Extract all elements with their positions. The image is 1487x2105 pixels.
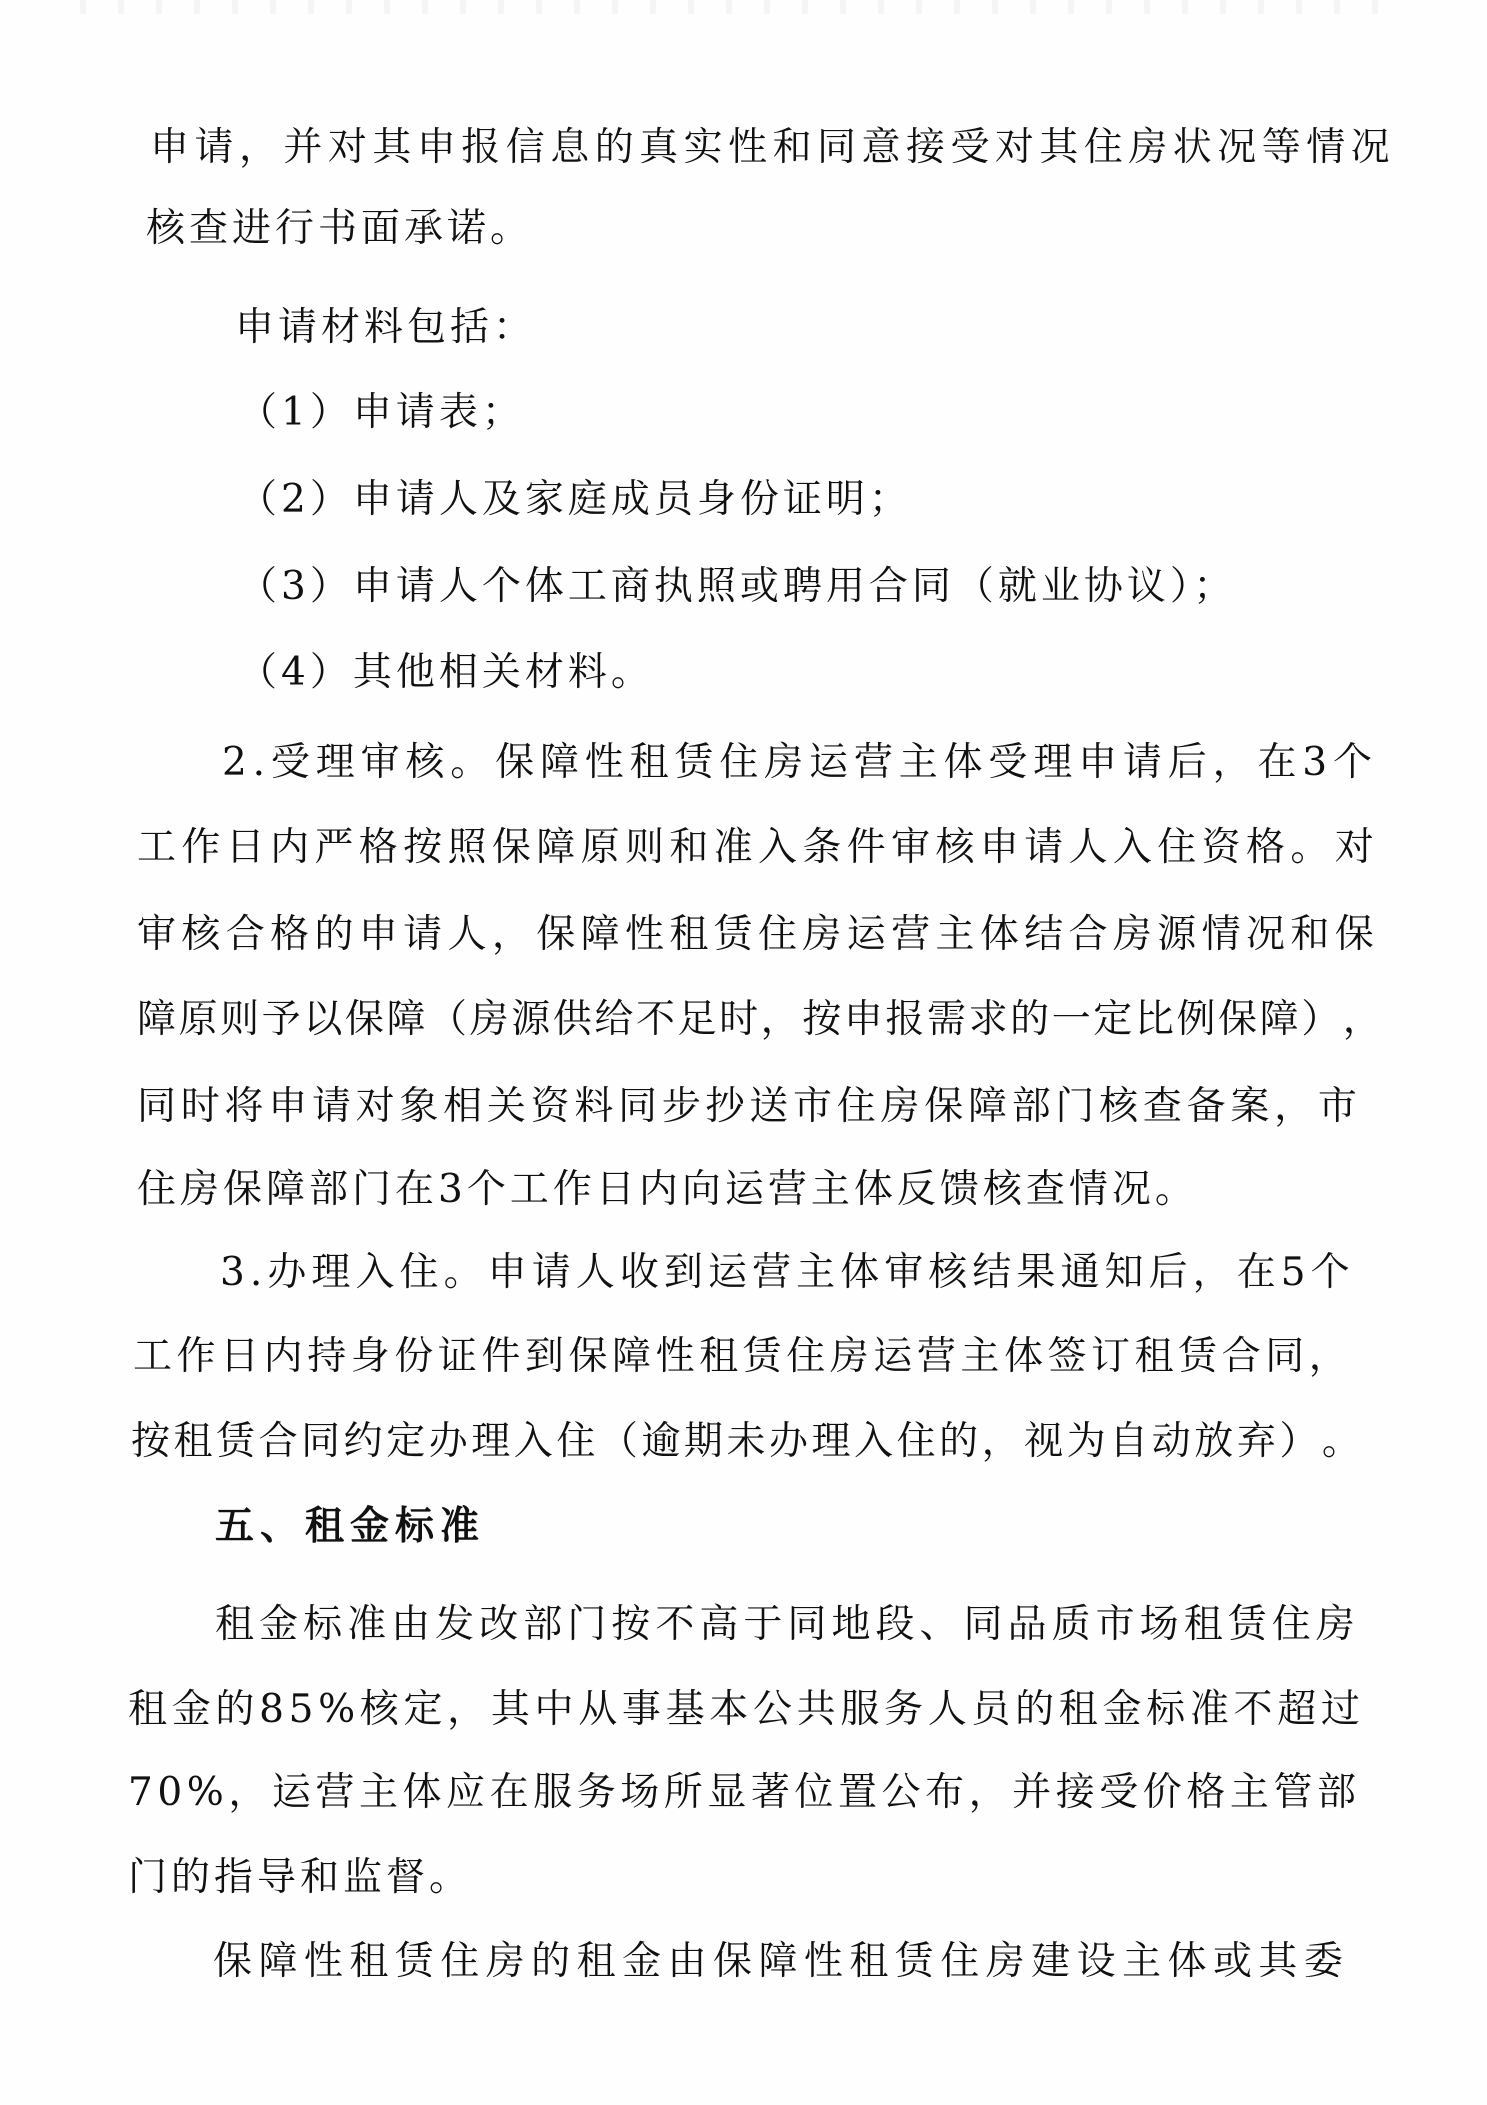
glyph: 在 [1237,1249,1276,1297]
glyph: 5 [289,1686,314,1734]
glyph: 金 [259,1601,298,1649]
glyph: 高 [699,1601,738,1649]
glyph: ， [969,1769,1008,1817]
glyph: ， [1309,1333,1348,1381]
glyph: 资 [1202,824,1241,872]
glyph: 放 [1194,1418,1233,1466]
glyph: 金 [1102,1686,1141,1734]
glyph: 对 [328,124,367,172]
glyph: 门 [1055,1083,1094,1131]
glyph: 自 [1109,1418,1148,1466]
glyph: 按 [131,1418,170,1466]
glyph: 保 [492,824,531,872]
glyph: 、 [920,1601,959,1649]
glyph: 发 [435,1601,474,1649]
glyph: 房 [880,1083,919,1131]
glyph: 运 [708,1249,747,1297]
glyph: 的 [595,124,634,172]
glyph: 受 [271,739,310,787]
glyph: 房 [764,739,803,787]
text-line: 保障性租赁住房的租金由保障性租赁住房建设主体或其委 [213,1938,1343,1986]
glyph: 过 [1321,1686,1360,1734]
glyph: 息 [550,124,589,172]
glyph: 到 [664,1249,703,1297]
glyph: 日 [226,824,265,872]
glyph: 条 [802,824,841,872]
glyph: 住 [556,1418,595,1466]
glyph: 意 [862,124,901,172]
glyph: 建 [1031,1938,1070,1986]
glyph: 同 [787,1601,826,1649]
glyph: 障 [258,1938,297,1986]
glyph: 对 [1335,824,1374,872]
glyph: 体 [1004,1333,1043,1381]
glyph: 运 [873,1333,912,1381]
glyph: 审 [891,824,930,872]
glyph: 后 [1149,1249,1188,1297]
glyph: 租 [174,1418,213,1466]
glyph: 住 [1084,124,1123,172]
glyph: 期 [684,1418,723,1466]
glyph: 以 [303,996,342,1044]
glyph: 的 [314,911,353,959]
glyph: 住 [758,911,797,959]
text-line: （2）申请人及家庭成员身份证明； [238,476,912,524]
text-line: 租金的85%核定，其中从事基本公共服务人员的租金标准不超过 [128,1686,1360,1734]
glyph: 设 [1077,1938,1116,1986]
text-line: （3）申请人个体工商执照或聘用合同（就业协议）； [238,563,1236,611]
glyph: 不 [636,996,675,1044]
glyph: 视 [1024,1418,1063,1466]
glyph: 赁 [1178,1333,1217,1381]
glyph: 住 [400,1249,439,1297]
glyph: 持 [307,1333,346,1381]
glyph: 住 [719,739,758,787]
glyph: 定 [386,1418,425,1466]
text-line: 同时将申请对象相关资料同步抄送市住房保障部门核查备案，市 [137,1083,1357,1131]
glyph: 基 [666,1686,705,1734]
glyph: ， [239,124,278,172]
glyph: 房 [1113,911,1152,959]
glyph: 保 [713,1938,752,1986]
glyph: 部 [1317,1769,1356,1817]
glyph: 等 [1262,124,1301,172]
glyph: 障 [758,1938,797,1986]
glyph: 理 [1033,739,1072,787]
glyph: 查 [1143,1083,1182,1131]
glyph: 实 [684,124,723,172]
glyph: 源 [1157,911,1196,959]
glyph: 并 [1012,1769,1051,1817]
glyph: 核 [928,1249,967,1297]
glyph: ， [1193,1249,1232,1297]
glyph: （ [599,1418,638,1466]
text-line: （4）其他相关材料。 [238,649,654,697]
glyph: 入 [854,1418,893,1466]
text-line: 工作日内严格按照保障原则和准入条件审核申请人入住资格。对 [137,824,1374,872]
glyph: 市 [1096,1601,1135,1649]
glyph: 员 [971,1686,1010,1734]
glyph: 理 [471,1418,510,1466]
glyph: 住 [786,1333,825,1381]
glyph: 运 [847,911,886,959]
glyph: 准 [1190,1686,1229,1734]
glyph: 核 [405,739,444,787]
glyph: ， [1274,1083,1313,1131]
glyph: 标 [1146,1686,1185,1734]
glyph: 备 [1187,1083,1226,1131]
glyph: 真 [639,124,678,172]
glyph: 核 [181,911,220,959]
glyph: 况 [1217,124,1256,172]
glyph: 其 [372,124,411,172]
glyph: 主 [1122,1938,1161,1986]
glyph: 将 [224,1083,263,1131]
glyph: 审 [137,911,176,959]
glyph: 性 [804,1938,843,1986]
glyph: 则 [625,824,664,872]
glyph: 赁 [216,1418,255,1466]
glyph: 租 [630,739,669,787]
glyph: 的 [1010,996,1049,1044]
glyph: 收 [620,1249,659,1297]
glyph: 足 [678,996,717,1044]
glyph: 3 [220,1249,245,1297]
glyph: 象 [399,1083,438,1131]
glyph: 况 [1351,124,1390,172]
glyph: 需 [927,996,966,1044]
glyph: 原 [179,996,218,1044]
glyph: 动 [1152,1418,1191,1466]
glyph: 营 [315,1769,354,1817]
glyph: 证 [438,1333,477,1381]
glyph: 准 [347,1601,386,1649]
text-line: 住房保障部门在3个工作日内向运营主体反馈核查情况。 [137,1166,1198,1214]
glyph: ， [982,1418,1021,1466]
text-line: 租金标准由发改部门按不高于同地段、同品质市场租赁住房 [215,1601,1355,1649]
glyph: 订 [1091,1333,1130,1381]
glyph: 弃 [1237,1418,1276,1466]
glyph: ， [447,1686,486,1734]
glyph: 人 [576,1249,615,1297]
glyph: 房 [802,911,841,959]
glyph: 入 [758,824,797,872]
glyph: 签 [1047,1333,1086,1381]
glyph: 按 [611,1601,650,1649]
glyph: 部 [523,1601,562,1649]
glyph: 比 [1135,996,1174,1044]
text-line: 审核合格的申请人，保障性租赁住房运营主体结合房源情况和保 [137,911,1374,959]
glyph: . [253,739,265,787]
glyph: 况 [1246,911,1285,959]
glyph: 申 [488,1249,527,1297]
glyph: 情 [1202,911,1241,959]
glyph: 请 [1123,739,1162,787]
glyph: 超 [1277,1686,1316,1734]
glyph: 其 [1258,1938,1297,1986]
section-heading: 五、租金标准 [215,1503,485,1551]
glyph: 。 [444,1249,483,1297]
glyph: 逾 [641,1418,680,1466]
glyph: 于 [743,1601,782,1649]
glyph: 服 [840,1686,879,1734]
glyph: 标 [303,1601,342,1649]
glyph: 信 [506,124,545,172]
glyph: 申 [150,124,189,172]
glyph: 同 [817,124,856,172]
scan-bleed-artifact [80,0,1380,14]
glyph: 一 [1052,996,1091,1044]
glyph: 公 [753,1686,792,1734]
glyph: 和 [1290,911,1329,959]
glyph: 受 [950,124,989,172]
glyph: 障 [968,1083,1007,1131]
glyph: 房 [470,996,509,1044]
glyph: 请 [194,124,233,172]
glyph: 步 [662,1083,701,1131]
glyph: 段 [875,1601,914,1649]
glyph: 报 [885,996,924,1044]
glyph: 房 [486,1938,525,1986]
glyph: 住 [837,1083,876,1131]
glyph: 身 [351,1333,390,1381]
glyph: 主 [796,1249,835,1297]
glyph: 申 [417,124,456,172]
glyph: 置 [838,1769,877,1817]
glyph: 。 [450,739,489,787]
glyph: 核 [935,824,974,872]
glyph: 其 [491,1686,530,1734]
glyph: 由 [391,1601,430,1649]
glyph: 和 [669,824,708,872]
glyph: 障 [536,824,575,872]
glyph: 房 [1128,124,1167,172]
text-line: 申请，并对其申报信息的真实性和同意接受对其住房状况等情况 [150,124,1390,172]
glyph: 保 [345,996,384,1044]
glyph: 对 [995,124,1034,172]
glyph: 原 [581,824,620,872]
glyph: 并 [283,124,322,172]
glyph: 租 [1135,1333,1174,1381]
glyph: 核 [360,1686,399,1734]
glyph: 申 [844,996,883,1044]
glyph: 租 [1059,1686,1098,1734]
glyph: 受 [1099,1769,1138,1817]
glyph: 体 [1168,1938,1207,1986]
glyph: 体 [403,1769,442,1817]
glyph: 障 [612,1333,651,1381]
glyph: 日 [220,1333,259,1381]
glyph: 住 [897,1418,936,1466]
glyph: 性 [585,739,624,787]
glyph: 营 [917,1333,956,1381]
glyph: 源 [511,996,550,1044]
glyph: 申 [359,911,398,959]
glyph: ） [1301,996,1340,1044]
glyph: 0 [157,1769,182,1817]
glyph: 的 [939,1418,978,1466]
glyph: 赁 [743,1333,782,1381]
glyph: 租 [669,911,708,959]
glyph: 务 [577,1769,616,1817]
glyph: 核 [1099,1083,1138,1131]
glyph: 或 [1213,1938,1252,1986]
glyph: 同 [301,1418,340,1466]
glyph: 入 [355,1249,394,1297]
glyph: 保 [924,1083,963,1131]
glyph: 入 [514,1418,553,1466]
glyph: 保 [1218,996,1257,1044]
glyph: ， [228,1769,267,1817]
text-line: 核查进行书面承诺。 [146,205,533,253]
text-line: 工作日内持身份证件到保障性租赁住房运营主体签订租赁合同， [133,1333,1348,1381]
glyph: 共 [797,1686,836,1734]
glyph: 人 [928,1686,967,1734]
glyph: 性 [625,911,664,959]
glyph: 的 [215,1686,254,1734]
glyph: 赁 [1228,1601,1267,1649]
glyph: 在 [1257,739,1296,787]
glyph: 著 [751,1769,790,1817]
glyph: 定 [403,1686,442,1734]
glyph: 体 [980,911,1019,959]
text-line: 障原则予以保障（房源供给不足时，按申报需求的一定比例保障）， [137,996,1382,1044]
glyph: 对 [356,1083,395,1131]
text-line: 2.受理审核。保障性租赁住房运营主体受理申请后，在3个 [222,739,1372,787]
glyph: 合 [1222,1333,1261,1381]
glyph: 知 [1105,1249,1144,1297]
glyph: 布 [925,1769,964,1817]
glyph: 租 [215,1601,254,1649]
glyph: 准 [714,824,753,872]
glyph: 性 [728,124,767,172]
glyph: 件 [481,1333,520,1381]
glyph: 保 [495,739,534,787]
glyph: 体 [840,1249,879,1297]
glyph: 改 [479,1601,518,1649]
glyph: 障 [540,739,579,787]
glyph: 障 [386,996,425,1044]
glyph: 其 [1039,124,1078,172]
glyph: ， [761,996,800,1044]
glyph: 个 [1311,1249,1350,1297]
glyph: 障 [137,996,176,1044]
glyph: 办 [429,1418,468,1466]
glyph: 合 [259,1418,298,1466]
glyph: 按 [403,824,442,872]
glyph: 住 [1272,1601,1311,1649]
text-line: 申请材料包括： [235,304,536,352]
glyph: 赁 [714,911,753,959]
glyph: 相 [443,1083,482,1131]
glyph: 内 [264,1333,303,1381]
glyph: 门 [567,1601,606,1649]
glyph: 地 [831,1601,870,1649]
glyph: 料 [574,1083,613,1131]
glyph: 时 [181,1083,220,1131]
glyph: 通 [1060,1249,1099,1297]
glyph: 障 [581,911,620,959]
glyph: 金 [172,1686,211,1734]
glyph: 保 [1335,911,1374,959]
glyph: 本 [709,1686,748,1734]
glyph: 审 [884,1249,923,1297]
glyph: （ [428,996,467,1044]
glyph: 租 [1184,1601,1223,1649]
glyph: 审 [361,739,400,787]
glyph: 部 [1012,1083,1051,1131]
glyph: 中 [535,1686,574,1734]
glyph: 工 [133,1333,172,1381]
glyph: 所 [664,1769,703,1817]
glyph: 市 [793,1083,832,1131]
glyph: 案 [1230,1083,1269,1131]
glyph: 入 [1113,824,1152,872]
glyph: 场 [1140,1601,1179,1649]
glyph: 状 [1173,124,1212,172]
glyph: ， [1343,996,1382,1044]
glyph: 品 [1008,1601,1047,1649]
glyph: 租 [699,1333,738,1381]
glyph: 结 [972,1249,1011,1297]
glyph: 个 [1333,739,1372,787]
text-line: 门的指导和监督。 [128,1854,472,1902]
glyph: 抄 [706,1083,745,1131]
glyph: 给 [594,996,633,1044]
glyph: 住 [1157,824,1196,872]
glyph: 情 [1306,124,1345,172]
glyph: 主 [359,1769,398,1817]
glyph: 件 [847,824,886,872]
glyph: 市 [1318,1083,1357,1131]
glyph: 理 [311,1249,350,1297]
glyph: 金 [622,1938,661,1986]
glyph: 内 [270,824,309,872]
glyph: 作 [181,824,220,872]
glyph: 住 [440,1938,479,1986]
document-page: 申请，并对其申报信息的真实性和同意接受对其住房状况等情况核查进行书面承诺。申请材… [0,0,1487,2105]
glyph: 2 [222,739,247,787]
glyph: 接 [1056,1769,1095,1817]
glyph: 由 [668,1938,707,1986]
glyph: 例 [1176,996,1215,1044]
glyph: 人 [448,911,487,959]
glyph: 不 [1234,1686,1273,1734]
glyph: 为 [1067,1418,1106,1466]
glyph: 房 [986,1938,1025,1986]
glyph: 5 [1281,1249,1306,1297]
glyph: 应 [446,1769,485,1817]
glyph: 主 [935,911,974,959]
glyph: 格 [1186,1769,1225,1817]
glyph: 送 [749,1083,788,1131]
glyph: 赁 [895,1938,934,1986]
glyph: 服 [533,1769,572,1817]
text-line: 3.办理入住。申请人收到运营主体审核结果通知后，在5个 [220,1249,1350,1297]
glyph: 合 [1069,911,1108,959]
glyph: 性 [656,1333,695,1381]
glyph: ， [1213,739,1252,787]
glyph: 主 [960,1333,999,1381]
glyph: 显 [707,1769,746,1817]
glyph: 场 [620,1769,659,1817]
glyph: 8 [259,1686,284,1734]
glyph: 运 [809,739,848,787]
glyph: 务 [884,1686,923,1734]
glyph: 供 [553,996,592,1044]
glyph: 份 [394,1333,433,1381]
glyph: 同 [618,1083,657,1131]
